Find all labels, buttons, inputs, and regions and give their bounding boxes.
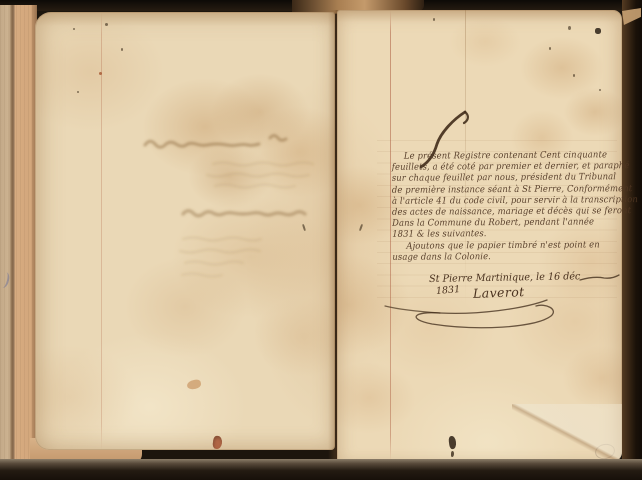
ink-speck — [77, 91, 79, 93]
ink-speck — [433, 18, 435, 21]
bleedthrough-script — [35, 12, 335, 450]
ink-speck — [105, 23, 108, 26]
ink-speck — [73, 28, 75, 30]
ink-speck — [121, 48, 123, 51]
scan-bottom-band — [0, 459, 642, 480]
ink-speck — [99, 72, 102, 75]
ink-speck — [573, 74, 575, 77]
left-page — [35, 12, 335, 450]
ink-speck — [599, 89, 601, 91]
ink-speck — [549, 47, 551, 50]
pen-flourishes — [337, 10, 622, 462]
page-fold-corner — [512, 404, 622, 462]
right-page: Le présent Registre contenant Cent cinqu… — [337, 10, 622, 462]
ink-speck — [568, 26, 571, 30]
book-cover-edge-left — [0, 5, 37, 473]
book-fore-edge — [622, 0, 642, 480]
scanned-register-spread: Le présent Registre contenant Cent cinqu… — [0, 0, 642, 480]
ink-speck — [595, 28, 601, 34]
